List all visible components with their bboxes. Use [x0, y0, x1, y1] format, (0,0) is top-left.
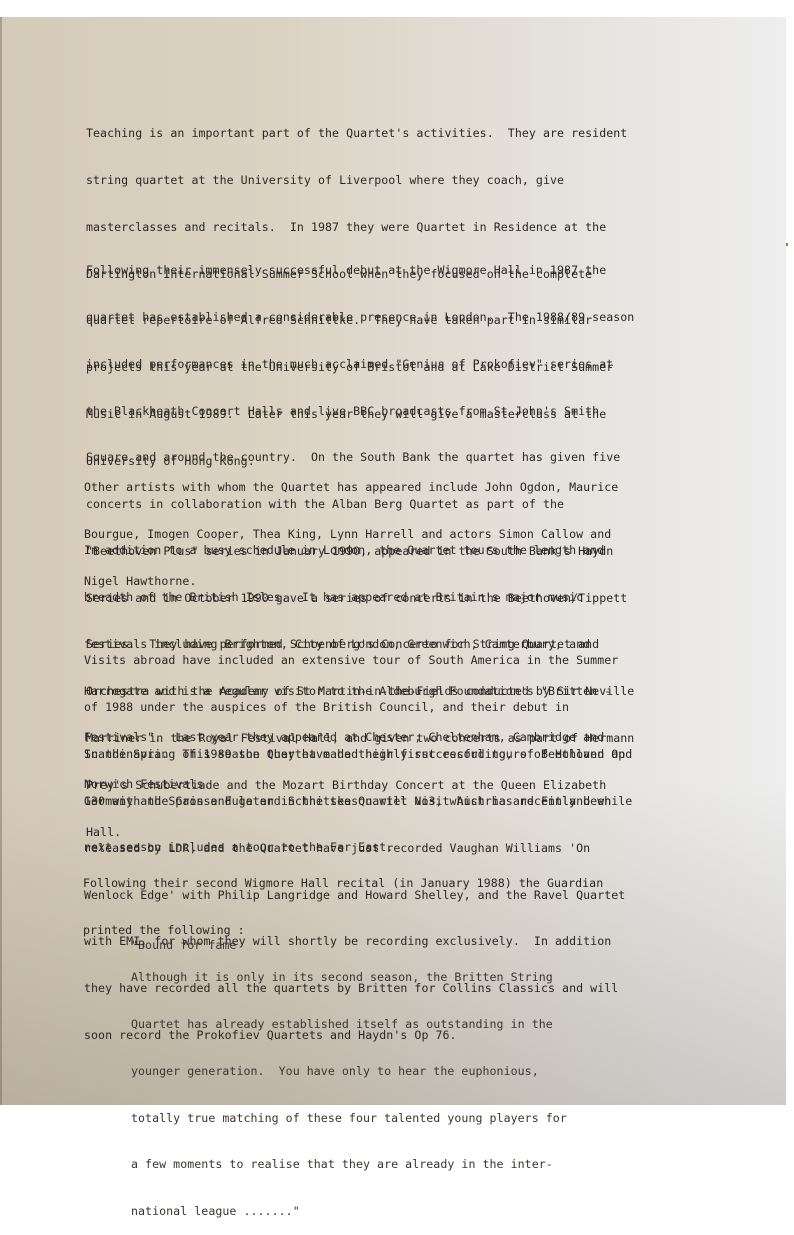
text-line: quartet has established a considerable p…: [86, 310, 634, 326]
text-line: Visits abroad have included an extensive…: [84, 653, 632, 669]
guardian-quote-body: Although it is only in its second season…: [131, 939, 567, 1123]
quote-line: totally true matching of these four tale…: [131, 1111, 567, 1123]
text-line: In addition to a busy schedule in London…: [84, 543, 611, 559]
quote-line: Although it is only in its second season…: [131, 970, 567, 986]
text-line: 130 with the Grosse Fuge and Schnittke Q…: [84, 794, 625, 810]
text-line: breadth of the British Isles. It has app…: [84, 590, 611, 606]
text-line: Other artists with whom the Quartet has …: [84, 480, 618, 496]
text-line: string quartet at the University of Live…: [86, 173, 627, 189]
text-line: Following their immensely successful deb…: [86, 263, 634, 279]
quote-line: younger generation. You have only to hea…: [131, 1064, 567, 1080]
quote-line: Quartet has already established itself a…: [131, 1017, 567, 1033]
text-line: In the Spring of 1989 the Quartet made t…: [84, 747, 625, 763]
text-line: included performances in the much acclai…: [86, 357, 634, 373]
text-line: the Blackheath Concert Halls and live BB…: [86, 404, 634, 420]
text-line: of 1988 under the auspices of the Britis…: [84, 700, 632, 716]
text-line: Following their second Wigmore Hall reci…: [83, 876, 603, 892]
text-line: Teaching is an important part of the Qua…: [86, 126, 627, 142]
page-edge-mark: [786, 243, 788, 246]
